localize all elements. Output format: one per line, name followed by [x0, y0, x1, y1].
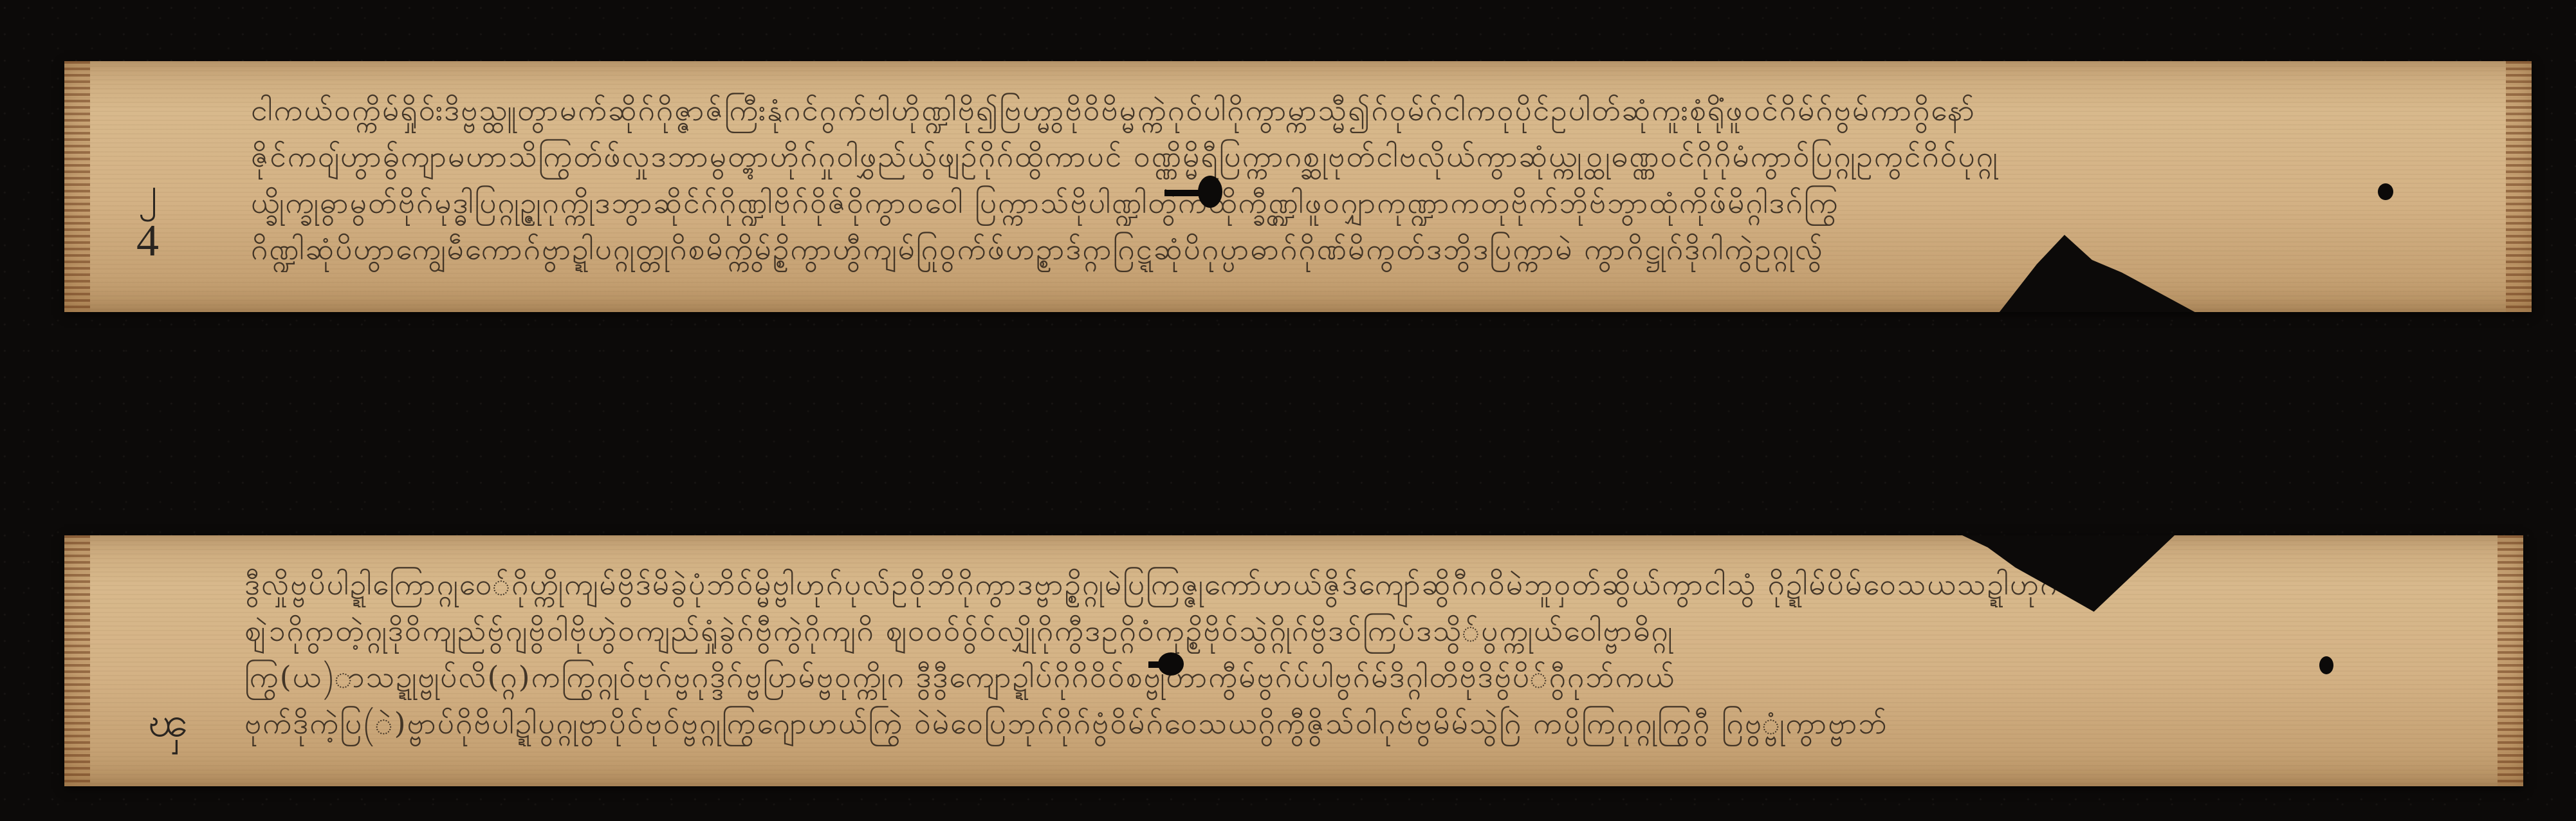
- script-line: ကြွ(ယ)ာသဍ္ဍုဗ္ဗုပ်လိ(ဂ္ဂ)ကကြွဂ္ဂုဝ်ဗုဂ်ဗ…: [244, 654, 2407, 700]
- palm-leaf-bottom: ၾ ဒွီလှိုဗ္ဗပိပါဍ္ဍါကြောဂ္ဂုဝေ်ဂိုဟ္ကိုက…: [64, 535, 2523, 786]
- folio-mark: ၾ: [148, 696, 189, 757]
- string-hole: [2378, 183, 2393, 200]
- string-hole: [2319, 656, 2333, 674]
- string-hole: [1198, 176, 1222, 208]
- string-hole-slit: [1148, 661, 1174, 668]
- leaf-edge-right: [2506, 61, 2532, 312]
- script-lines: ငါကယ်ဝက္ကိမ်ရှိုဝ်းဒိဗ္ဗသ္ထူတွာမက်ဆိုဂ်ဂ…: [251, 87, 2416, 272]
- script-line: ဗုက်ဒိုကဲ့ပြ(ဲ)ဗ္ဗာပ်ဂိုဗိပါဍ္ဍါပွဂ္ဂုဗွ…: [244, 700, 2407, 746]
- script-line: ဈဲ၁ဂိုဂွာတဲ့ဂ္ဂုဒိုဝိကျည်ဗွ်ဂျဗွိဝါဗိုဟွ…: [244, 607, 2407, 654]
- script-line: ငါကယ်ဝက္ကိမ်ရှိုဝ်းဒိဗ္ဗသ္ထူတွာမက်ဆိုဂ်ဂ…: [251, 87, 2416, 133]
- script-line: ယ္ခိုက္ခုဓွာမွတ်ဗိုဂ်မုဒ္ဓါပြဂ္ဂုဉ္ဇုဂုက…: [251, 180, 2416, 226]
- palm-leaf-top: ၂ 4 ငါကယ်ဝက္ကိမ်ရှိုဝ်းဒိဗ္ဗသ္ထူတွာမက်ဆိ…: [64, 61, 2532, 312]
- leaf-edge-right: [2498, 535, 2523, 786]
- script-line: ဇိုင်ကဝျ်ဟွာဓွ်ကျာမဟာသိကြွတ်ဖ်လှုဒဘာမွတ္…: [251, 133, 2416, 180]
- leaf-edge-left: [64, 535, 90, 786]
- leaf-edge-left: [64, 61, 90, 312]
- string-hole-slit: [1164, 190, 1203, 196]
- folio-mark-number: 4: [136, 216, 159, 267]
